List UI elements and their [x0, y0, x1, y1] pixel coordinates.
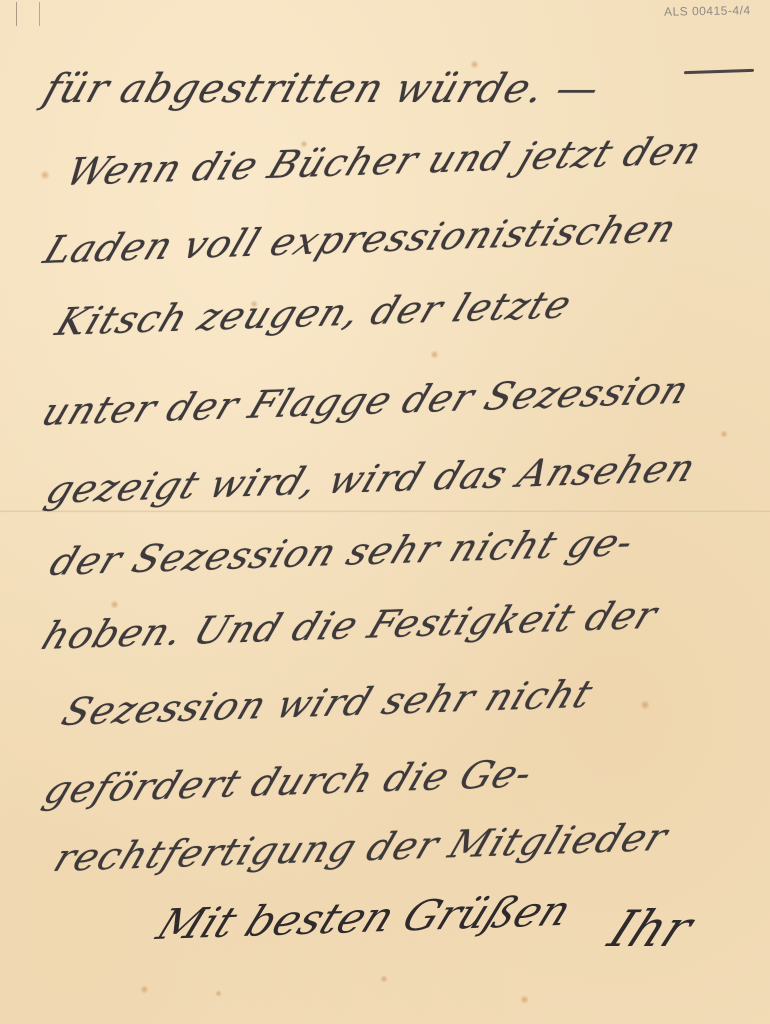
paper-fold-line — [0, 510, 770, 513]
closing-line: Mit besten Grüßen — [150, 886, 579, 949]
handwritten-line-1: für abgestritten würde. — — [38, 66, 606, 112]
handwritten-line-2: Wenn die Bücher und jetzt den — [60, 128, 709, 194]
foxing-spot — [520, 995, 529, 1004]
handwritten-line-7: der Sezession sehr nicht ge- — [44, 520, 641, 584]
foxing-spot — [380, 975, 388, 983]
handwritten-line-9: Sezession wird sehr nicht — [56, 672, 599, 734]
foxing-spot — [430, 350, 439, 359]
foxing-spot — [140, 985, 149, 994]
letter-page: ALS 00415-4/4 für abgestritten würde. — … — [0, 0, 770, 1024]
handwritten-line-6: gezeigt wird, wird das Ansehen — [40, 446, 702, 512]
handwritten-line-8: hoben. Und die Festigkeit der — [36, 593, 664, 658]
handwritten-line-10: gefördert durch die Ge- — [38, 751, 539, 812]
foxing-spot — [640, 700, 650, 710]
handwritten-line-11: rechtfertigung der Mitglieder — [48, 815, 674, 880]
foxing-spot — [215, 990, 222, 997]
foxing-spot — [110, 600, 119, 609]
foxing-spot — [720, 430, 728, 438]
archive-id-label: ALS 00415-4/4 — [664, 3, 751, 19]
signature: Ihr — [600, 900, 702, 958]
foxing-spot — [40, 170, 50, 180]
dash-stroke — [684, 69, 754, 74]
handwritten-line-3: Laden voll expressionistischen — [38, 206, 683, 272]
handwritten-line-4: Kitsch zeugen, der letzte — [50, 282, 578, 344]
handwritten-line-5: unter der Flagge der Sezession — [36, 368, 696, 434]
corner-bracket-mark — [16, 2, 40, 26]
